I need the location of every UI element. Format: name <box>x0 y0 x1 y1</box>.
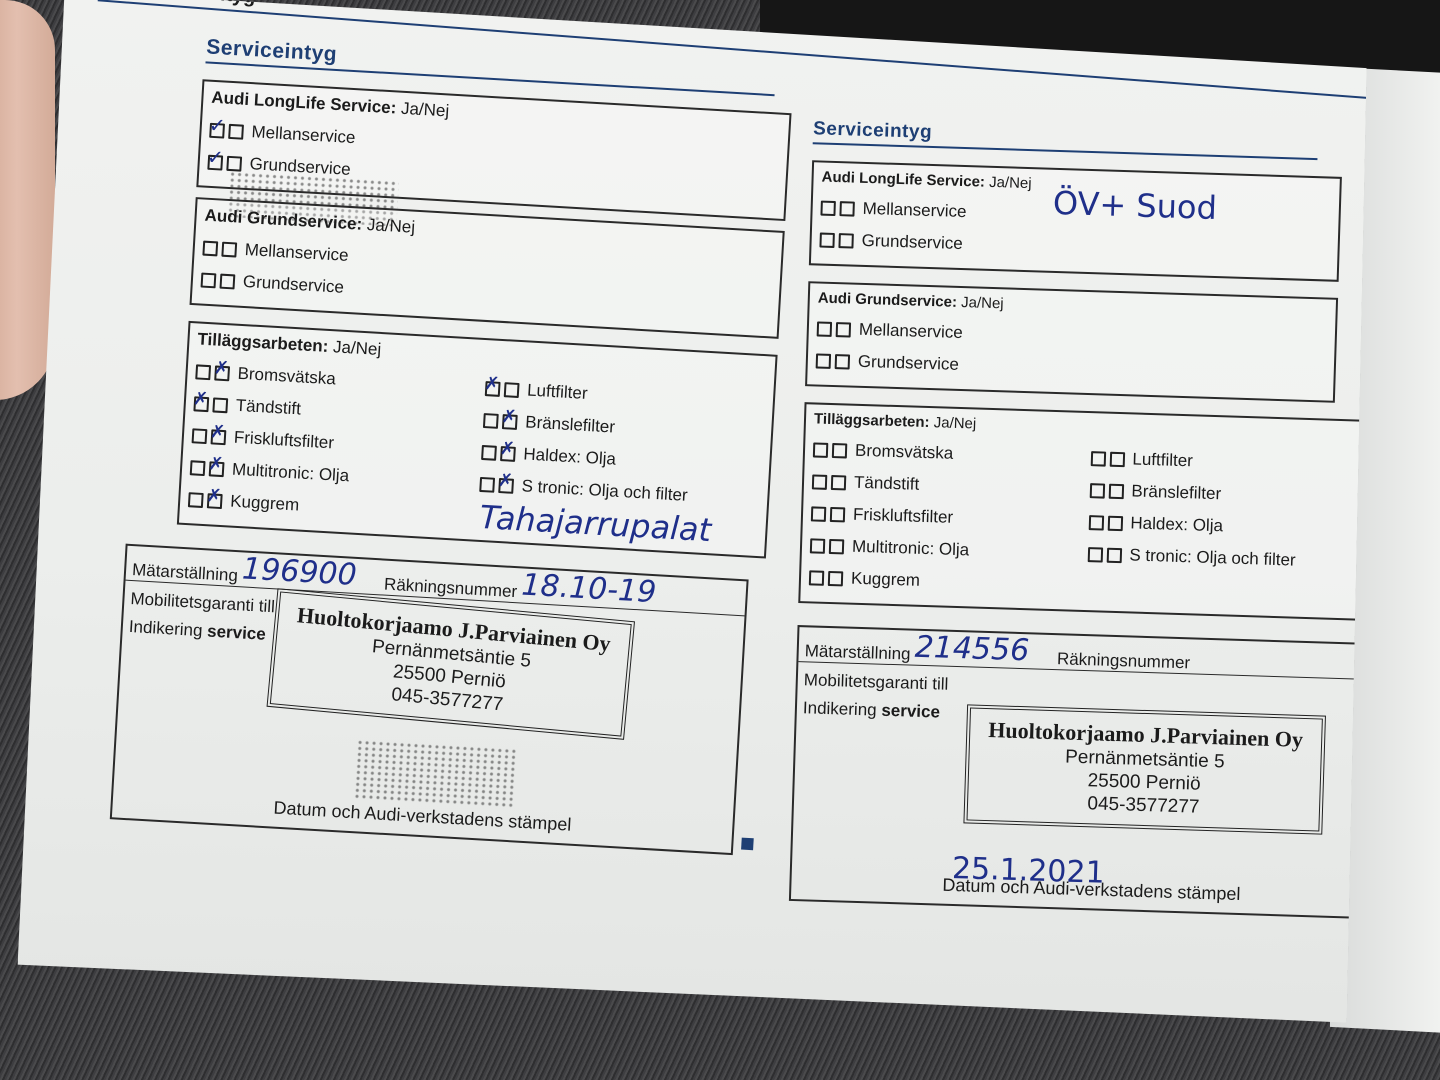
checklist-label: Mellanservice <box>859 320 964 343</box>
checkbox-nej[interactable] <box>832 443 847 458</box>
checkbox-ja[interactable] <box>811 506 826 521</box>
checklist-label: Mellanservice <box>251 122 356 148</box>
checklist-label: Kuggrem <box>851 569 921 591</box>
checkbox-nej[interactable] <box>828 570 843 585</box>
checklist-label: Luftfilter <box>1132 449 1193 471</box>
checkbox-nej[interactable] <box>212 397 228 413</box>
checklist-label: Grundservice <box>858 352 960 375</box>
longlife-box: Audi LongLife Service: Ja/Nej Mellanserv… <box>809 160 1342 282</box>
checklist-label: Haldex: Olja <box>1130 513 1223 536</box>
checklist-label: Kuggrem <box>230 492 300 516</box>
odometer-label: Mätarställning <box>804 641 910 664</box>
checkbox-nej[interactable] <box>1107 515 1122 530</box>
checklist-label: Bränslefilter <box>1131 481 1221 504</box>
checkbox-nej[interactable] <box>214 365 230 381</box>
checkbox-ja[interactable] <box>1090 451 1105 466</box>
checkbox-nej[interactable] <box>502 414 518 430</box>
checkbox-nej[interactable] <box>221 241 237 257</box>
checkbox-nej[interactable] <box>220 273 236 289</box>
checklist-label: Tändstift <box>235 396 301 420</box>
checklist-label: S tronic: Olja och filter <box>1129 545 1296 570</box>
checklist-label: Tändstift <box>854 473 920 495</box>
checkbox-ja[interactable] <box>1089 483 1104 498</box>
meter-box: Mätarställning 196900 Räkningsnummer 18.… <box>110 544 749 855</box>
extra-work-box: Tilläggsarbeten: Ja/Nej BromsvätskaTänds… <box>177 321 778 559</box>
checkbox-nej[interactable] <box>830 506 845 521</box>
checkbox-nej[interactable] <box>504 382 520 398</box>
checkbox-ja[interactable] <box>813 442 828 457</box>
checkbox-nej[interactable] <box>1106 547 1121 562</box>
checkbox-nej[interactable] <box>831 475 846 490</box>
checkbox-ja[interactable] <box>192 428 208 444</box>
grundservice-box: Audi Grundservice: Ja/Nej MellanserviceG… <box>190 197 785 339</box>
checklist-label: Multitronic: Olja <box>232 460 350 487</box>
checkbox-nej[interactable] <box>211 429 227 445</box>
checklist-label: Luftfilter <box>527 380 589 403</box>
longlife-box: Audi LongLife Service: Ja/Nej Mellanserv… <box>196 79 791 221</box>
checkbox-nej[interactable] <box>500 446 516 462</box>
checkbox-ja[interactable] <box>479 476 495 492</box>
checklist-label: Grundservice <box>242 272 344 298</box>
checkbox-nej[interactable] <box>829 538 844 553</box>
page-marker <box>741 838 754 851</box>
service-record-right: Serviceintyg Audi LongLife Service: Ja/N… <box>789 118 1383 919</box>
checklist-label: Friskluftsfilter <box>233 428 334 454</box>
checkbox-nej[interactable] <box>1108 483 1123 498</box>
checkbox-ja[interactable] <box>820 200 835 215</box>
checkbox-ja[interactable] <box>188 492 204 508</box>
checkbox-ja[interactable] <box>209 122 225 138</box>
ink-smudge <box>353 739 516 808</box>
checkbox-ja[interactable] <box>809 570 824 585</box>
checkbox-ja[interactable] <box>819 232 834 247</box>
checkbox-ja[interactable] <box>816 353 831 368</box>
checkbox-nej[interactable] <box>226 155 242 171</box>
checklist-label: Mellanservice <box>244 240 349 266</box>
checkbox-nej[interactable] <box>207 493 223 509</box>
odometer-value: 196900 <box>241 551 357 593</box>
meter-box: Mätarställning 214556 Räkningsnummer Mob… <box>789 625 1401 920</box>
checkbox-ja[interactable] <box>207 154 223 170</box>
checkbox-ja[interactable] <box>810 538 825 553</box>
checklist-label: Haldex: Olja <box>523 444 617 469</box>
checkbox-ja[interactable] <box>817 321 832 336</box>
checkbox-nej[interactable] <box>835 354 850 369</box>
checklist-label: Bromsvätska <box>237 364 336 390</box>
checkbox-ja[interactable] <box>485 381 501 397</box>
checkbox-ja[interactable] <box>1088 515 1103 530</box>
checklist-label: Bromsvätska <box>855 441 954 464</box>
checkbox-ja[interactable] <box>483 413 499 429</box>
handwritten-note: ÖV+ Suod <box>1052 184 1217 227</box>
grundservice-box: Audi Grundservice: Ja/Nej MellanserviceG… <box>805 281 1338 403</box>
checkbox-nej[interactable] <box>228 123 244 139</box>
checkbox-ja[interactable] <box>193 396 209 412</box>
checkbox-ja[interactable] <box>1087 547 1102 562</box>
checkbox-ja[interactable] <box>201 272 217 288</box>
checkbox-ja[interactable] <box>195 364 211 380</box>
checkbox-ja[interactable] <box>812 474 827 489</box>
workshop-stamp: Huoltokorjaamo J.Parviainen Oy Pernänmet… <box>963 704 1325 834</box>
booklet-page: intyg Serviceintyg Audi LongLife Service… <box>17 0 1368 1023</box>
checklist-label: Multitronic: Olja <box>852 537 970 561</box>
checkbox-ja[interactable] <box>190 460 206 476</box>
checkbox-ja[interactable] <box>481 444 497 460</box>
checkbox-nej[interactable] <box>836 322 851 337</box>
finger <box>0 0 55 400</box>
checkbox-nej[interactable] <box>498 477 514 493</box>
checklist-label: Mellanservice <box>862 199 967 222</box>
odometer-value: 214556 <box>914 630 1030 669</box>
checklist-label: Bränslefilter <box>525 412 616 437</box>
section-title: Serviceintyg <box>813 118 1319 160</box>
checkbox-nej[interactable] <box>839 201 854 216</box>
invoice-label: Räkningsnummer <box>1057 649 1191 673</box>
checkbox-nej[interactable] <box>209 461 225 477</box>
checkbox-ja[interactable] <box>202 240 218 256</box>
checklist-label: Friskluftsfilter <box>853 505 954 528</box>
checkbox-nej[interactable] <box>1109 451 1124 466</box>
checklist-label: Grundservice <box>861 231 963 254</box>
checkbox-nej[interactable] <box>838 233 853 248</box>
service-record-left: Serviceintyg Audi LongLife Service: Ja/N… <box>110 32 794 856</box>
extra-work-box: Tilläggsarbeten: Ja/Nej BromsvätskaTänds… <box>798 402 1369 621</box>
